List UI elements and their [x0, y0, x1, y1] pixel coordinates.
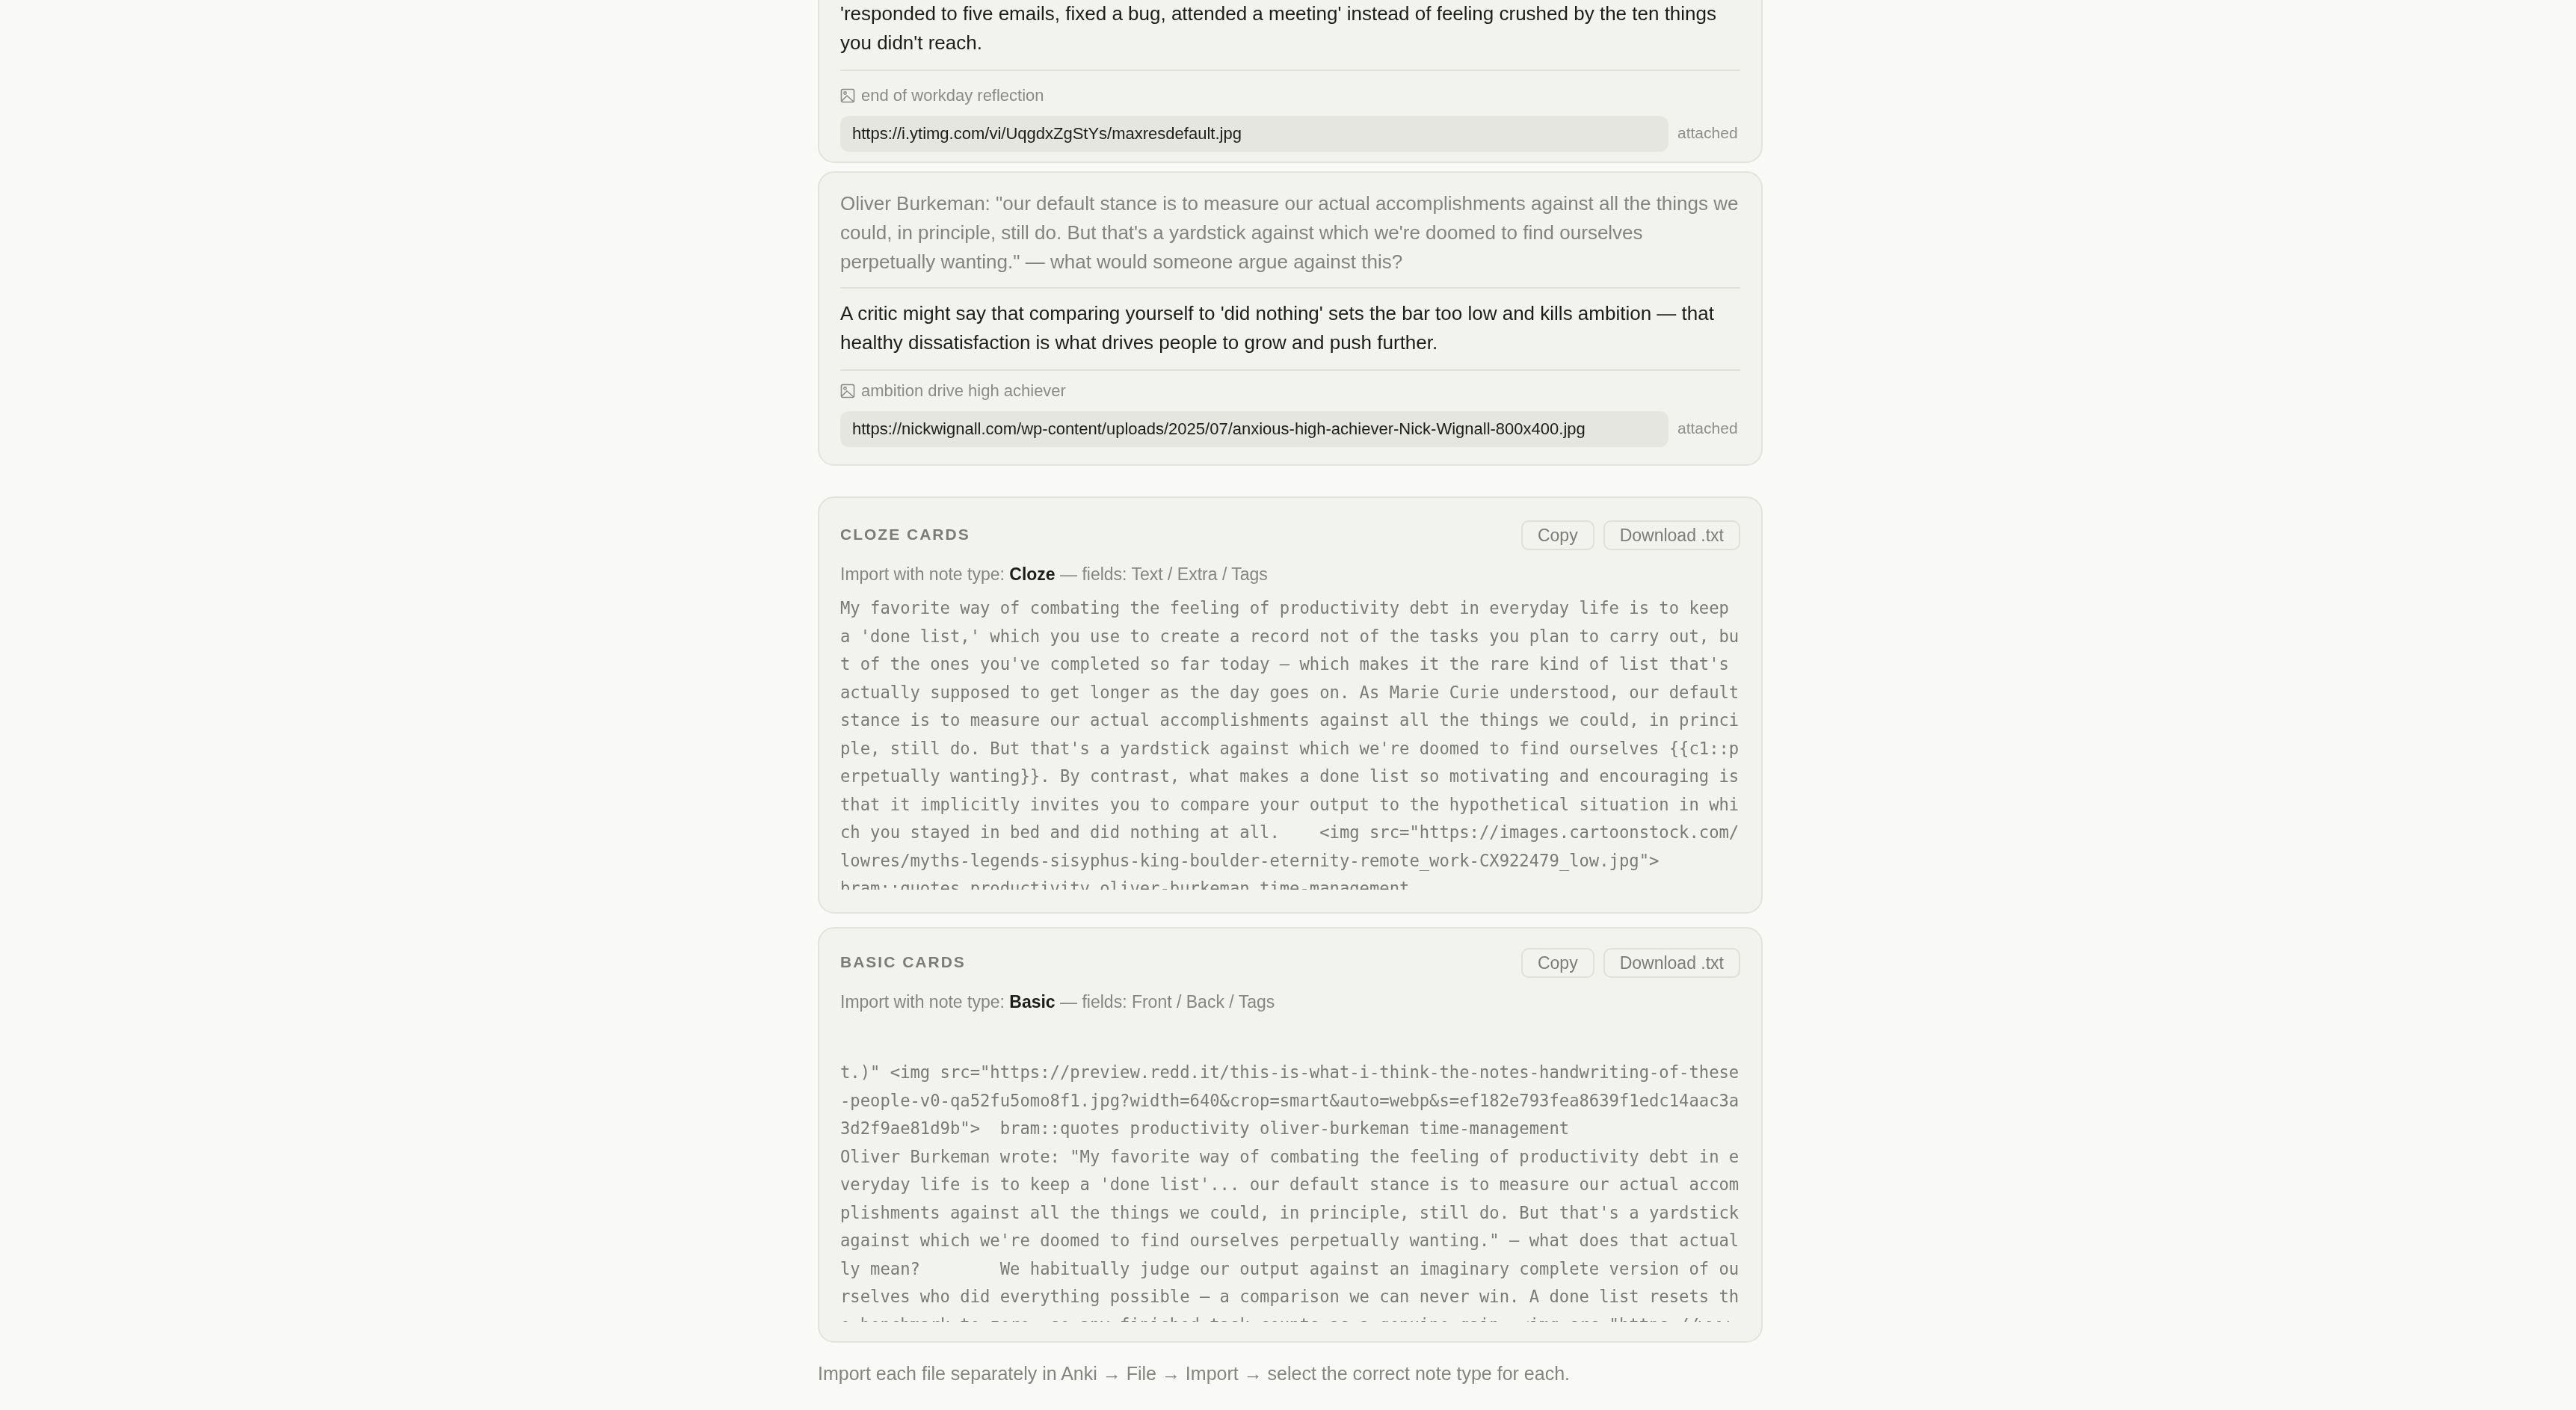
note-type-hint: Import with note type: Basic — fields: F… — [840, 990, 1740, 1014]
note-fields: — fields: Text / Extra / Tags — [1056, 564, 1268, 584]
basic-export-content: t.)" <img src="https://preview.redd.it/t… — [840, 1059, 1743, 1322]
section-title: CLOZE CARDS — [840, 526, 970, 544]
qa-card: Oliver Burkeman: "our default stance is … — [818, 171, 1763, 466]
image-label-text: end of workday reflection — [861, 86, 1044, 105]
qa-answer: A critic might say that comparing yourse… — [840, 299, 1740, 357]
image-url-input[interactable] — [840, 411, 1668, 447]
import-instructions: Import each file separately in Anki → Fi… — [818, 1364, 1570, 1385]
basic-cards-panel: BASIC CARDS Copy Download .txt Import wi… — [818, 927, 1763, 1343]
image-label: ambition drive high achiever — [840, 380, 1740, 402]
panel-actions: Copy Download .txt — [1521, 520, 1740, 550]
image-label-text: ambition drive high achiever — [861, 381, 1066, 401]
download-txt-button[interactable]: Download .txt — [1603, 948, 1740, 978]
attached-status: attached — [1677, 125, 1738, 143]
note-prefix: Import with note type: — [840, 564, 1009, 584]
attached-status: attached — [1677, 420, 1738, 438]
note-type: Cloze — [1009, 564, 1055, 584]
image-label: end of workday reflection — [840, 84, 1740, 107]
basic-export-textarea[interactable]: t.)" <img src="https://preview.redd.it/t… — [840, 1012, 1743, 1322]
panel-actions: Copy Download .txt — [1521, 948, 1740, 978]
download-txt-button[interactable]: Download .txt — [1603, 520, 1740, 550]
qa-card: 'responded to five emails, fixed a bug, … — [818, 0, 1763, 163]
copy-button[interactable]: Copy — [1521, 948, 1594, 978]
image-url-row: attached — [840, 411, 1740, 447]
qa-answer: 'responded to five emails, fixed a bug, … — [840, 0, 1740, 58]
cloze-export-textarea[interactable]: My favorite way of combating the feeling… — [840, 595, 1743, 890]
panel-header: CLOZE CARDS Copy Download .txt — [840, 520, 1740, 550]
qa-question: Oliver Burkeman: "our default stance is … — [840, 189, 1740, 277]
note-prefix: Import with note type: — [840, 992, 1009, 1012]
divider — [840, 287, 1740, 289]
image-icon — [840, 384, 855, 398]
divider — [840, 369, 1740, 371]
note-type-hint: Import with note type: Cloze — fields: T… — [840, 562, 1740, 586]
note-type: Basic — [1009, 992, 1055, 1012]
image-icon — [840, 88, 855, 103]
section-title: BASIC CARDS — [840, 954, 966, 972]
image-url-input[interactable] — [840, 116, 1668, 152]
divider — [840, 70, 1740, 71]
panel-header: BASIC CARDS Copy Download .txt — [840, 948, 1740, 978]
image-url-row: attached — [840, 116, 1740, 152]
cloze-cards-panel: CLOZE CARDS Copy Download .txt Import wi… — [818, 496, 1763, 914]
note-fields: — fields: Front / Back / Tags — [1056, 992, 1275, 1012]
copy-button[interactable]: Copy — [1521, 520, 1594, 550]
